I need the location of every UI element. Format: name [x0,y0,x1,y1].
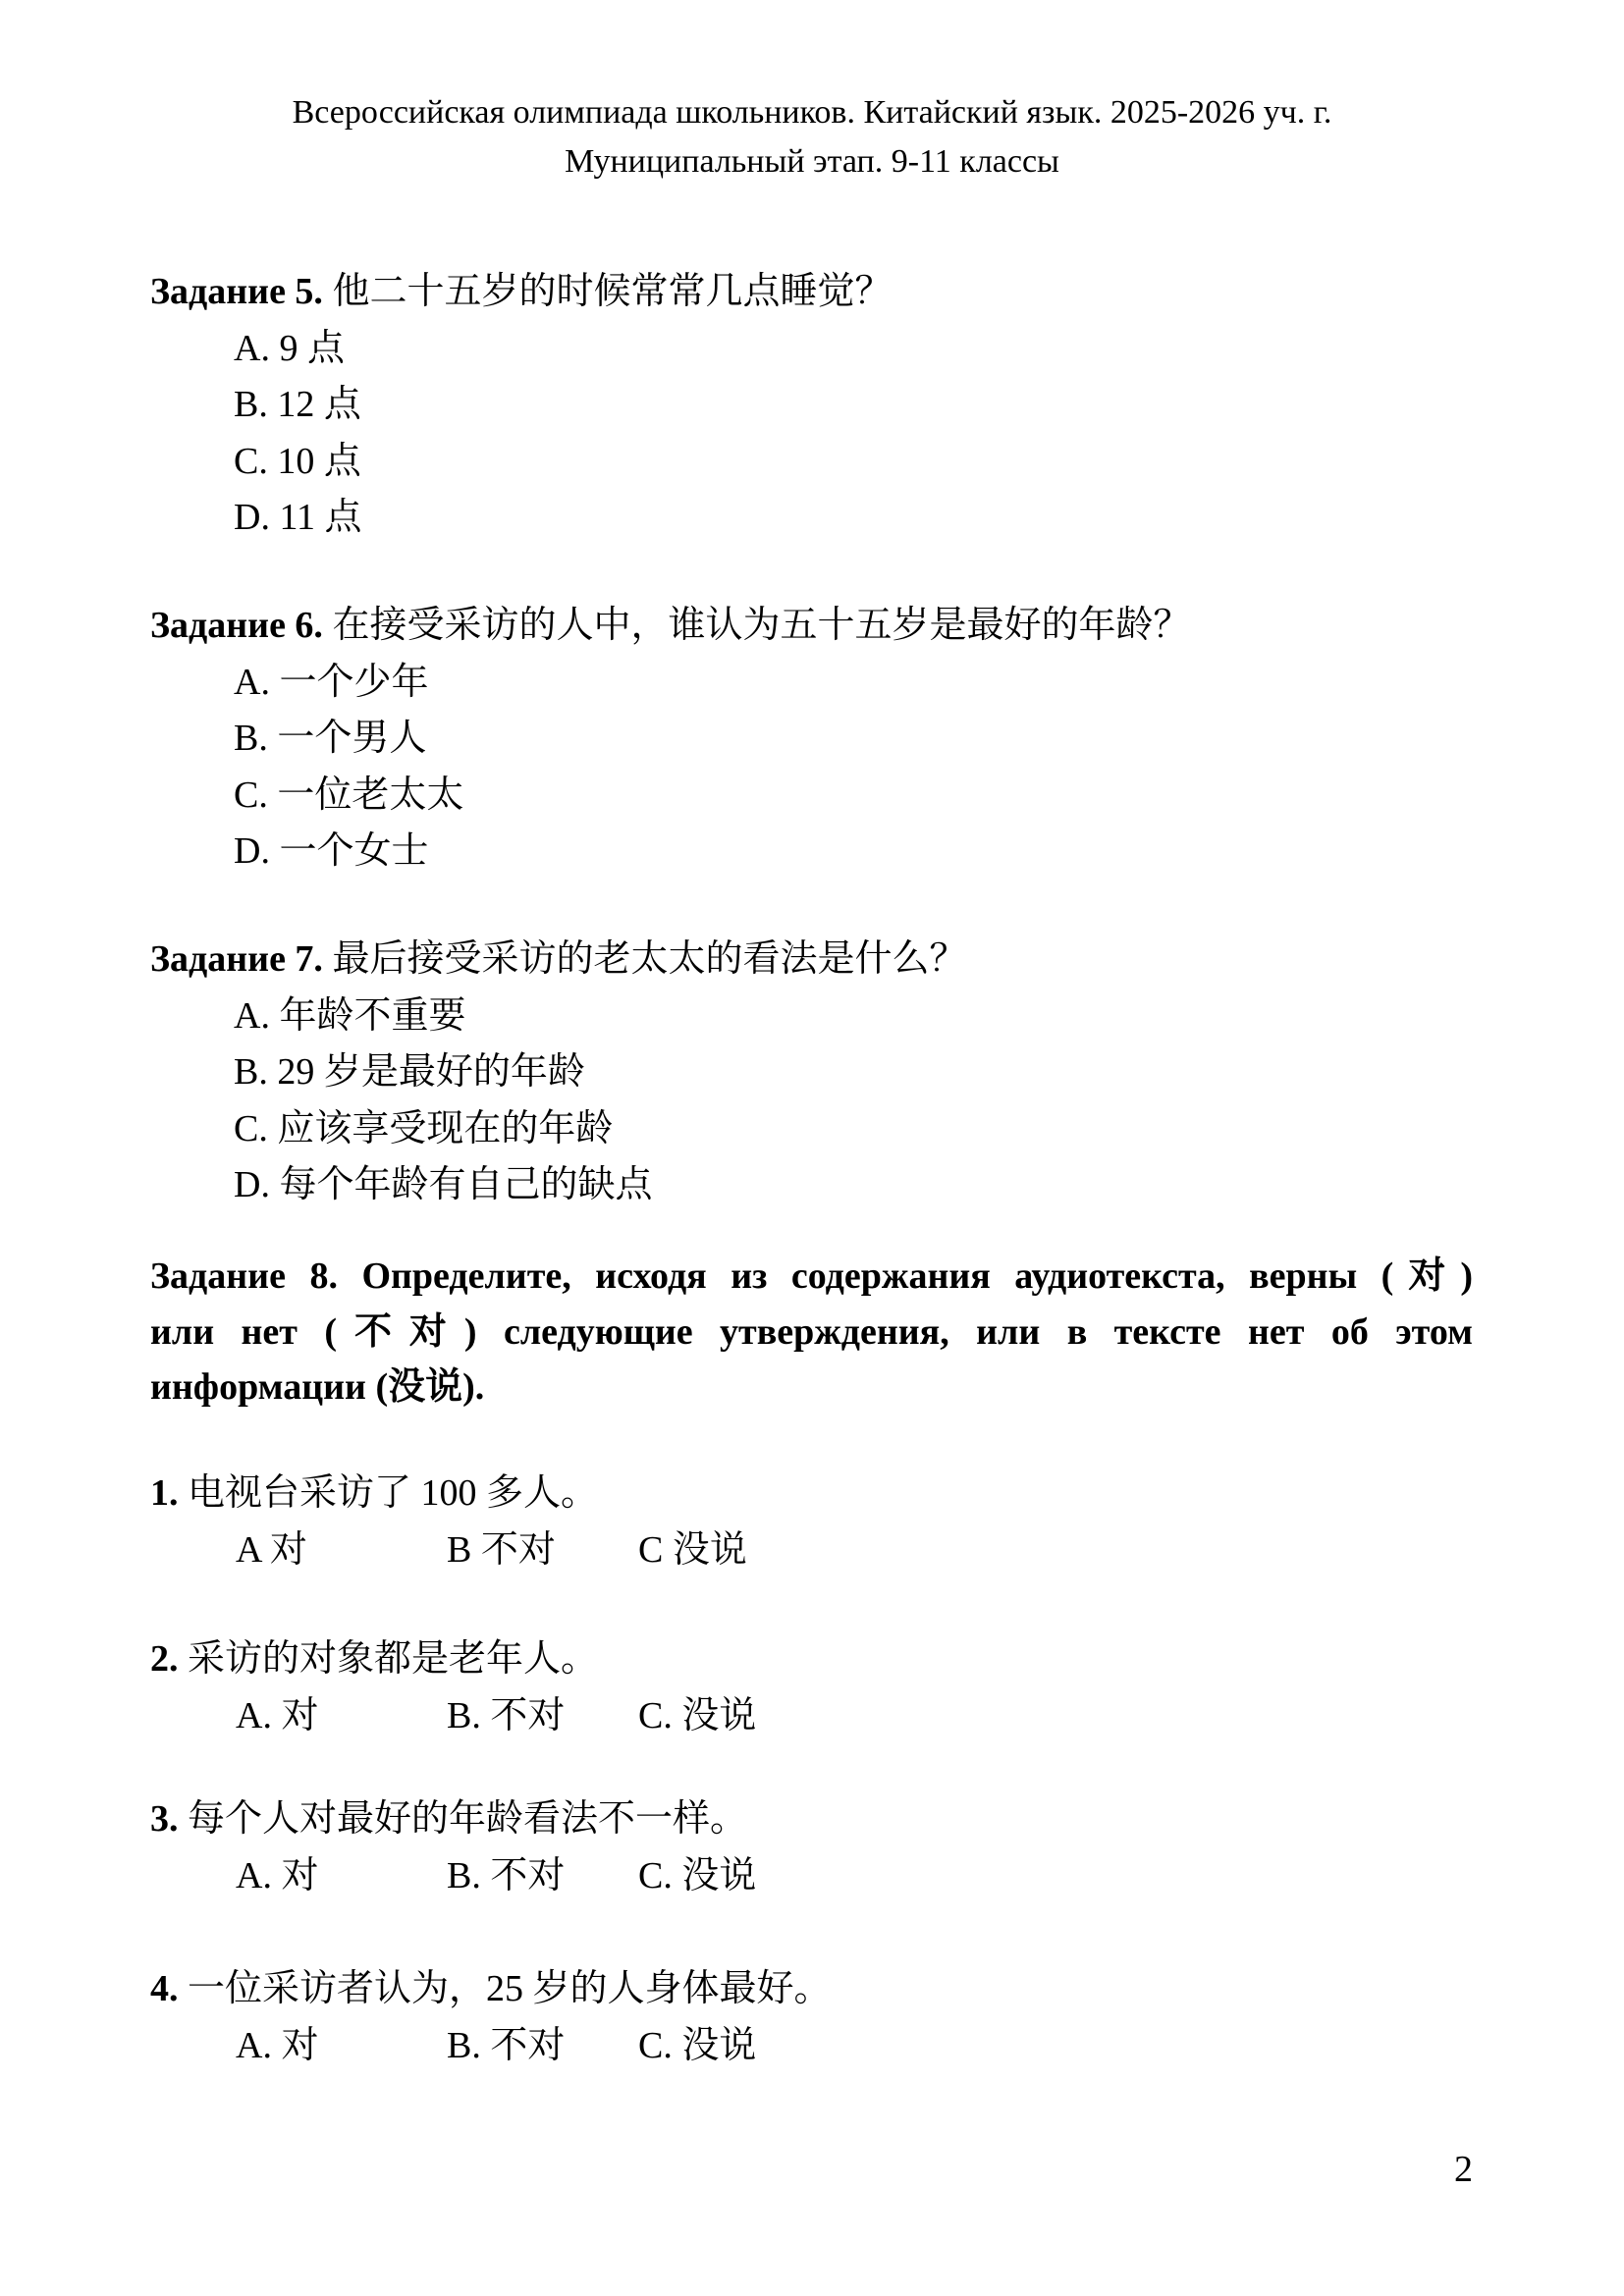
task-7-label: Задание 7. [150,938,323,980]
task-8-line-1: Задание 8. Определите, исходя из содержа… [150,1249,1473,1305]
statement-1-number: 1. [150,1472,179,1514]
task-5-option-c: C. 10 点 [150,434,1473,491]
task-6-label: Задание 6. [150,605,323,646]
statement-2-options: A. 对B. 不对C. 没说 [150,1687,1473,1744]
task-7-question: 最后接受采访的老太太的看法是什么？ [332,938,966,980]
statement-1-text: 电视台采访了 100 多人。 [188,1472,598,1514]
statement-2-number: 2. [150,1638,179,1680]
task-5: Задание 5. 他二十五岁的时候常常几点睡觉？ A. 9 点 B. 12 … [150,264,1473,547]
task-8-line-2: или нет (不对) следующие утверждения, или … [150,1305,1473,1361]
page-number: 2 [1454,2142,1473,2198]
statement-2-text: 采访的对象都是老年人。 [188,1638,598,1680]
task-7-option-b: B. 29 岁是最好的年龄 [150,1044,1473,1101]
statement-3-option-c: C. 没说 [638,1855,756,1896]
statement-4-options: A. 对B. 不对C. 没说 [150,2017,1473,2074]
document-page: Всероссийская олимпиада школьников. Кита… [0,0,1624,2296]
task-7-option-c: C. 应该享受现在的年龄 [150,1101,1473,1158]
statement-4-text: 一位采访者认为，25 岁的人身体最好。 [188,1968,832,2009]
header-line-1: Всероссийская олимпиада школьников. Кита… [0,88,1624,137]
task-6-question-line: Задание 6. 在接受采访的人中，谁认为五十五岁是最好的年龄？ [150,598,1473,655]
statement-1: 1. 电视台采访了 100 多人。 A 对B 不对C 没说 [150,1465,1473,1578]
task-7-question-line: Задание 7. 最后接受采访的老太太的看法是什么？ [150,932,1473,988]
statement-2-option-a: A. 对 [236,1687,447,1744]
statement-4-option-b: B. 不对 [447,2017,638,2074]
statement-4-option-c: C. 没说 [638,2025,756,2066]
statement-4-number: 4. [150,1968,179,2009]
task-5-option-d: D. 11 点 [150,490,1473,547]
task-5-option-b: B. 12 点 [150,377,1473,434]
task-7: Задание 7. 最后接受采访的老太太的看法是什么？ A. 年龄不重要 B.… [150,932,1473,1214]
statement-1-option-c: C 没说 [638,1529,747,1571]
task-6: Задание 6. 在接受采访的人中，谁认为五十五岁是最好的年龄？ A. 一个… [150,598,1473,881]
header-line-2: Муниципальный этап. 9-11 классы [0,137,1624,187]
statement-3: 3. 每个人对最好的年龄看法不一样。 A. 对B. 不对C. 没说 [150,1790,1473,1904]
task-5-label: Задание 5. [150,271,323,312]
statement-3-number: 3. [150,1798,179,1840]
task-6-option-a: A. 一个少年 [150,655,1473,712]
task-6-option-c: C. 一位老太太 [150,768,1473,825]
task-6-option-d: D. 一个女士 [150,824,1473,881]
statement-3-option-b: B. 不对 [447,1847,638,1904]
task-7-option-a: A. 年龄不重要 [150,988,1473,1045]
statement-3-option-a: A. 对 [236,1847,447,1904]
statement-3-text-line: 3. 每个人对最好的年龄看法不一样。 [150,1790,1473,1847]
statement-1-options: A 对B 不对C 没说 [150,1522,1473,1578]
task-6-question: 在接受采访的人中，谁认为五十五岁是最好的年龄？ [332,605,1190,646]
task-7-option-d: D. 每个年龄有自己的缺点 [150,1157,1473,1214]
statement-3-text: 每个人对最好的年龄看法不一样。 [188,1798,747,1840]
statement-4-text-line: 4. 一位采访者认为，25 岁的人身体最好。 [150,1960,1473,2017]
statement-2: 2. 采访的对象都是老年人。 A. 对B. 不对C. 没说 [150,1630,1473,1744]
statement-2-option-b: B. 不对 [447,1687,638,1744]
statement-1-option-b: B 不对 [447,1522,638,1578]
task-5-question-line: Задание 5. 他二十五岁的时候常常几点睡觉？ [150,264,1473,321]
page-header: Всероссийская олимпиада школьников. Кита… [0,88,1624,187]
statement-2-text-line: 2. 采访的对象都是老年人。 [150,1630,1473,1687]
statement-4: 4. 一位采访者认为，25 岁的人身体最好。 A. 对B. 不对C. 没说 [150,1960,1473,2074]
task-5-option-a: A. 9 点 [150,321,1473,378]
task-8-line-3: информации (没说). [150,1360,1473,1415]
statement-2-option-c: C. 没说 [638,1695,756,1736]
task-6-option-b: B. 一个男人 [150,711,1473,768]
task-5-question: 他二十五岁的时候常常几点睡觉？ [332,271,892,312]
statement-3-options: A. 对B. 不对C. 没说 [150,1847,1473,1904]
statement-4-option-a: A. 对 [236,2017,447,2074]
statement-1-text-line: 1. 电视台采访了 100 多人。 [150,1465,1473,1522]
statement-1-option-a: A 对 [236,1522,447,1578]
task-8-instruction: Задание 8. Определите, исходя из содержа… [150,1249,1473,1415]
